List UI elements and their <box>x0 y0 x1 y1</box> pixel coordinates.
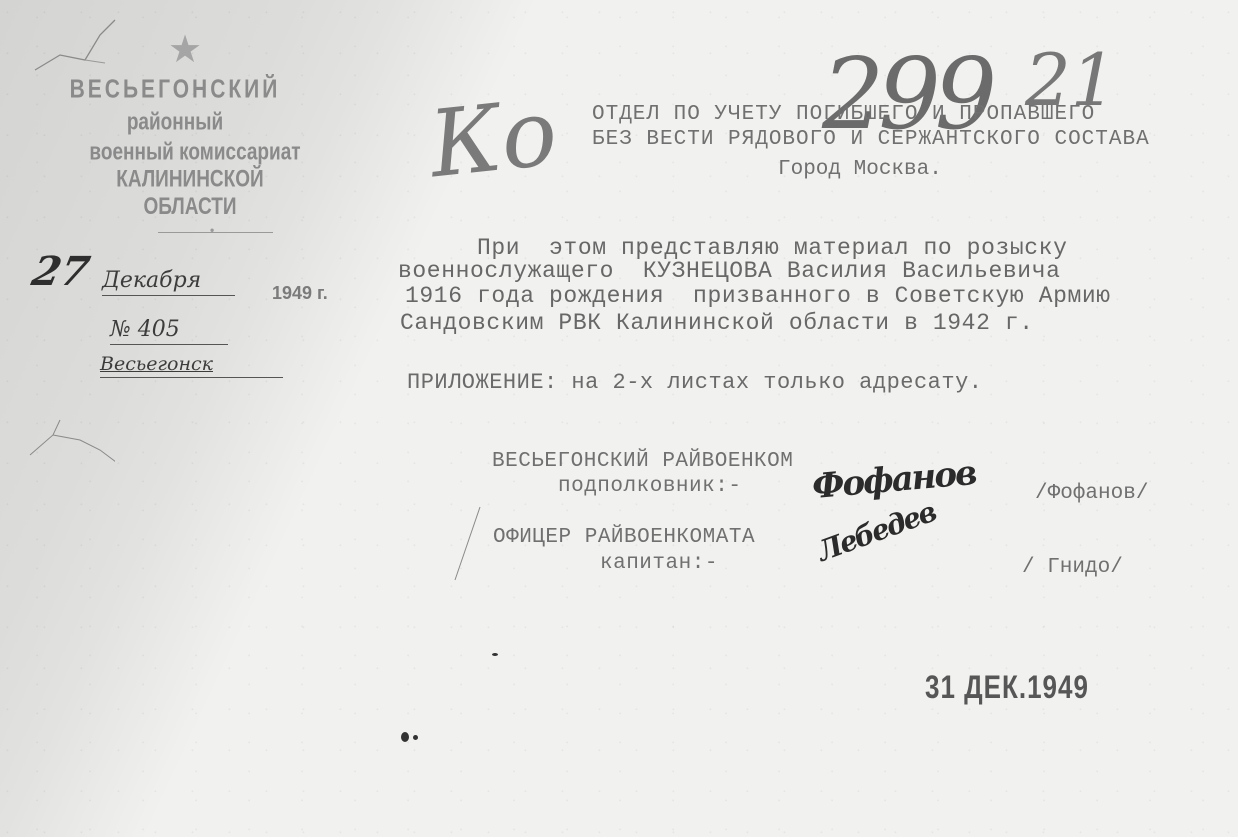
stamp-line-commissariat: военный комиссариат <box>40 139 310 167</box>
pencil-initials: Ко <box>425 79 562 199</box>
ink-blot <box>492 653 498 656</box>
signatory-1-name: /Фофанов/ <box>1035 482 1148 505</box>
outgoing-month: Декабря <box>102 268 235 296</box>
body-line-3: 1916 года рождения призванного в Советск… <box>405 283 1111 309</box>
signatory-2-signature: Лебедев <box>813 495 939 568</box>
body-line-2: военнослужащего КУЗНЕЦОВА Василия Василь… <box>398 258 1061 284</box>
addressee-line-1: ОТДЕЛ ПО УЧЕТУ ПОГИБШЕГО И ПРОПАВШЕГО <box>592 103 1095 126</box>
received-date-stamp: 31 ДЕК.1949 <box>925 668 1089 707</box>
signatory-1-title: ВЕСЬЕГОНСКИЙ РАЙВОЕНКОМ <box>492 450 793 473</box>
addressee-line-2: БЕЗ ВЕСТИ РЯДОВОГО И СЕРЖАНТСКОГО СОСТАВ… <box>592 128 1150 151</box>
signatory-1-signature: Фофанов <box>811 453 977 507</box>
stamp-line-type: районный <box>40 109 310 137</box>
outgoing-place: Весьегонск <box>100 353 283 378</box>
outgoing-number: № 405 <box>110 317 228 345</box>
addressee-city: Город Москва. <box>778 158 942 181</box>
signatory-2-title: ОФИЦЕР РАЙВОЕНКОМАТА <box>493 526 755 549</box>
appendix-note: ПРИЛОЖЕНИЕ: на 2-х листах только адресат… <box>407 370 983 395</box>
signatory-1-rank: подполковник:- <box>558 475 741 498</box>
paper-crack-bottom <box>25 415 115 475</box>
outgoing-day: 27 <box>28 248 94 295</box>
signatory-2-name: / Гнидо/ <box>1022 556 1123 579</box>
office-stamp: ★ ВЕСЬЕГОНСКИЙ районный военный комиссар… <box>40 30 310 233</box>
ink-blot <box>413 735 418 740</box>
stamp-divider <box>158 232 273 233</box>
stamp-line-region: КАЛИНИНСКОЙ ОБЛАСТИ <box>40 167 310 222</box>
star-icon: ★ <box>60 30 310 70</box>
body-line-4: Сандовским РВК Калининской области в 194… <box>400 310 1034 336</box>
outgoing-year: 1949 г. <box>272 283 328 304</box>
pencil-stroke <box>452 505 482 585</box>
ink-blot <box>401 732 409 742</box>
stamp-line-district: ВЕСЬЕГОНСКИЙ <box>40 75 310 105</box>
signatory-2-rank: капитан:- <box>600 552 718 575</box>
